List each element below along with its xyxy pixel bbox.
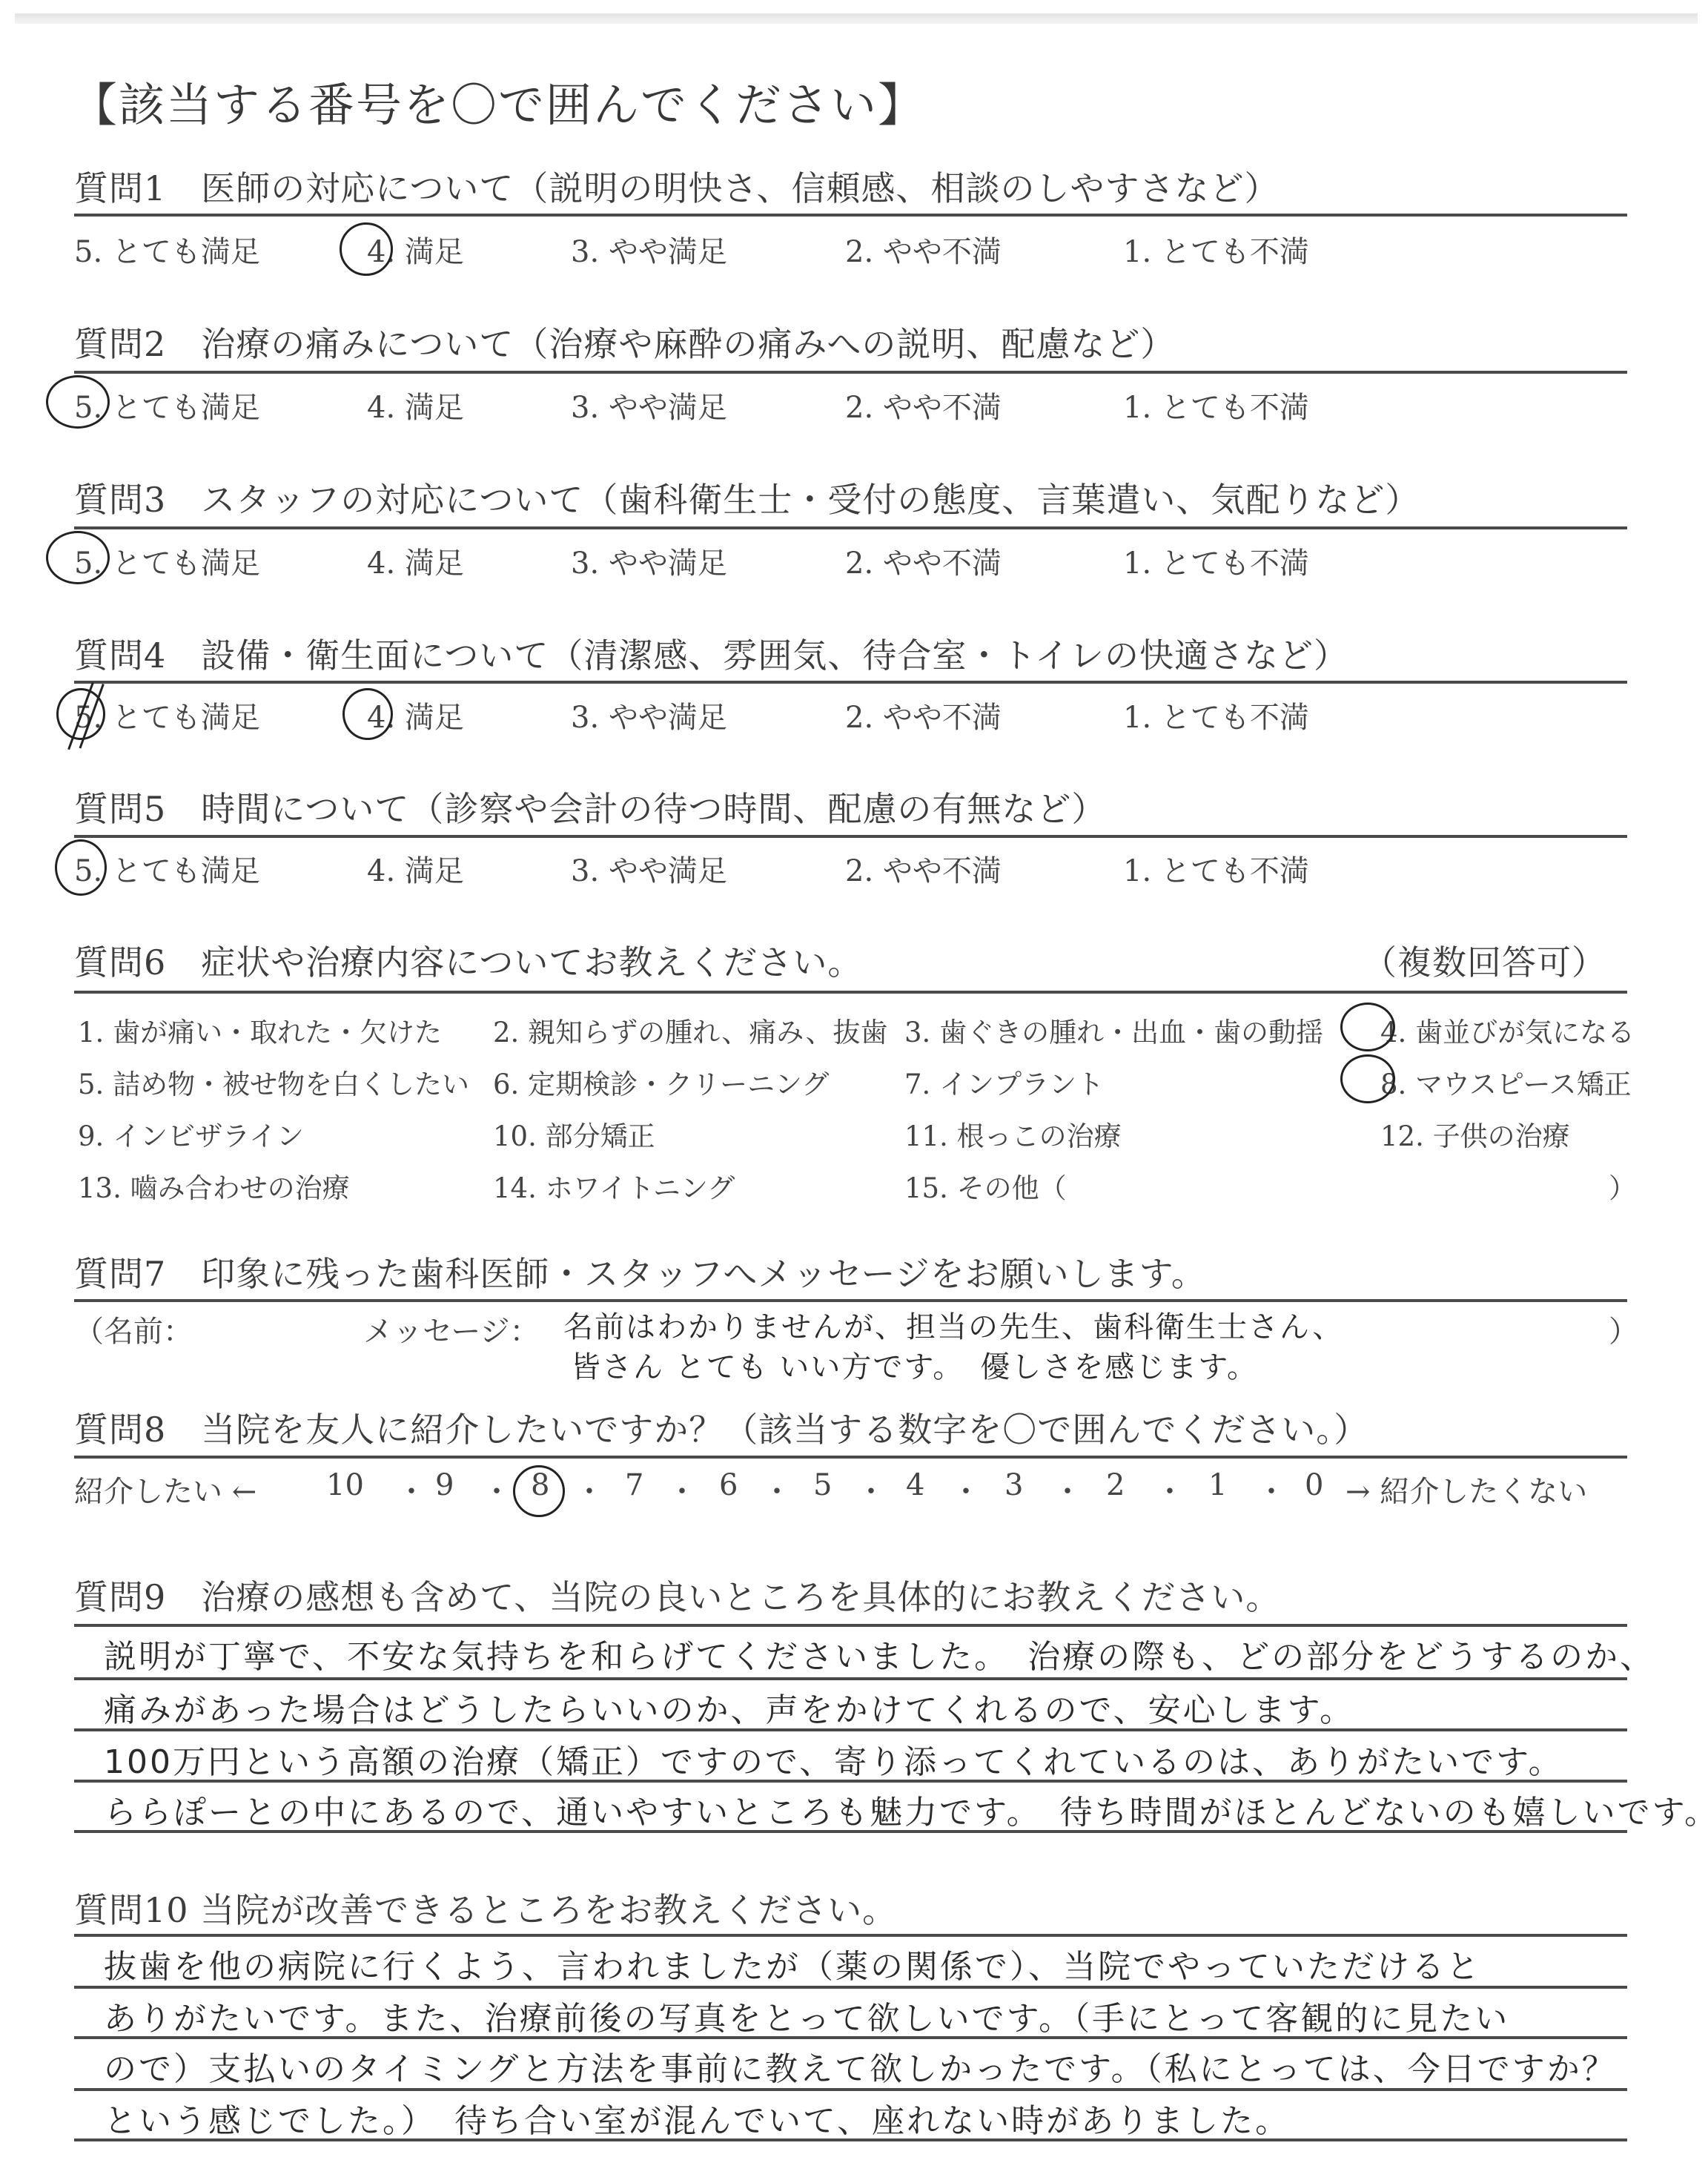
scale-1[interactable]: 1: [1208, 1468, 1227, 1502]
divider: [74, 214, 1627, 217]
divider: [74, 835, 1627, 838]
scan-top-edge: [15, 13, 1698, 24]
scale-4[interactable]: 4: [906, 1468, 924, 1502]
option-3[interactable]: 3. やや満足: [571, 848, 727, 890]
other-close-paren: ）: [1609, 1166, 1636, 1206]
question-title: 質問1 医師の対応について（説明の明快さ、信頼感、相談のしやすさなど）: [74, 162, 1280, 211]
divider: [74, 1456, 1627, 1459]
scale-9[interactable]: 9: [435, 1468, 454, 1502]
answer-handwritten-line-4[interactable]: ららぽーとの中にあるので、通いやすいところも魅力です。 待ち時間がほとんどないの…: [104, 1786, 1708, 1833]
scale-dot: ・: [1257, 1468, 1286, 1510]
scale-dot: ・: [482, 1468, 512, 1510]
selection-circle-mark: [342, 688, 393, 740]
option-2[interactable]: 2. やや不満: [845, 694, 1002, 736]
scale-dot: ・: [856, 1468, 886, 1510]
selection-circle-mark: [340, 222, 393, 276]
message-handwritten-line-2[interactable]: 皆さん とても いい方です。 優しさを感じます。: [571, 1344, 1258, 1386]
divider: [74, 526, 1627, 529]
answer-handwritten-line-1[interactable]: 抜歯を他の病院に行くよう、言われましたが（薬の関係で）、当院でやっていただけると: [104, 1940, 1481, 1987]
question-title: 質問5 時間について（診察や会計の待つ時間、配慮の有無など）: [74, 782, 1106, 831]
scale-6[interactable]: 6: [719, 1468, 738, 1502]
divider: [74, 681, 1627, 684]
symptom-option-6[interactable]: 6. 定期検診・クリーニング: [493, 1062, 829, 1102]
symptom-option-12[interactable]: 12. 子供の治療: [1380, 1114, 1570, 1154]
option-3[interactable]: 3. やや満足: [571, 694, 727, 736]
divider: [74, 1299, 1627, 1302]
option-4[interactable]: 4. 満足: [367, 384, 464, 426]
recommend-left-label: 紹介したい ←: [74, 1468, 256, 1510]
option-1[interactable]: 1. とても不満: [1123, 384, 1309, 426]
option-5[interactable]: 5. とても満足: [74, 228, 260, 271]
option-2[interactable]: 2. やや不満: [845, 384, 1002, 426]
selection-circle-mark: [1340, 1003, 1395, 1051]
symptom-option-9[interactable]: 9. インビザライン: [78, 1114, 304, 1154]
message-label: メッセージ：: [363, 1308, 540, 1350]
writing-line: [74, 1986, 1627, 1989]
scale-0[interactable]: 0: [1305, 1468, 1323, 1502]
selection-circle-mark: [46, 375, 110, 429]
scale-dot: ・: [1053, 1468, 1082, 1510]
symptom-option-8[interactable]: 8. マウスピース矯正: [1380, 1062, 1632, 1102]
answer-handwritten-line-4[interactable]: という感じでした。） 待ち合い室が混んでいて、座れない時がありました。: [104, 2094, 1290, 2141]
symptom-option-7[interactable]: 7. インプラント: [904, 1062, 1104, 1102]
recommend-right-label: → 紹介したくない: [1345, 1468, 1587, 1510]
divider: [74, 991, 1627, 994]
symptom-option-11[interactable]: 11. 根っこの治療: [904, 1114, 1122, 1154]
scale-dot: ・: [762, 1468, 792, 1510]
writing-line: [74, 2088, 1627, 2091]
option-2[interactable]: 2. やや不満: [845, 848, 1002, 890]
symptom-option-14[interactable]: 14. ホワイトニング: [493, 1166, 735, 1206]
scale-10[interactable]: 10: [326, 1468, 364, 1502]
multiple-answers-note: （複数回答可）: [1363, 936, 1606, 985]
question-title: 質問4 設備・衛生面について（清潔感、雰囲気、待合室・トイレの快適さなど）: [74, 629, 1348, 678]
writing-line: [74, 1780, 1627, 1783]
option-1[interactable]: 1. とても不満: [1123, 694, 1309, 736]
selection-circle-mark: [55, 839, 107, 896]
option-3[interactable]: 3. やや満足: [571, 540, 727, 582]
scale-dot: ・: [1155, 1468, 1185, 1510]
scale-dot: ・: [951, 1468, 981, 1510]
question-title: 質問10 当院が改善できるところをお教えください。: [74, 1883, 897, 1932]
writing-line: [74, 1830, 1627, 1833]
name-label: （名前：: [74, 1308, 193, 1350]
symptom-option-3[interactable]: 3. 歯ぐきの腫れ・出血・歯の動揺: [904, 1010, 1323, 1050]
page-title: 【該当する番号を〇で囲んでください】: [71, 68, 925, 134]
answer-handwritten-line-3[interactable]: ので）支払いのタイミングと方法を事前に教えて欲しかったです。（私にとっては、今日…: [104, 2042, 1617, 2090]
writing-line: [74, 1934, 1627, 1937]
message-close-paren: ）: [1609, 1308, 1638, 1350]
scale-5[interactable]: 5: [813, 1468, 832, 1502]
answer-handwritten-line-2[interactable]: ありがたいです。また、治療前後の写真をとって欲しいです。（手にとって客観的に見た…: [104, 1992, 1509, 2039]
question-title: 質問2 治療の痛みについて（治療や麻酔の痛みへの説明、配慮など）: [74, 317, 1175, 366]
option-2[interactable]: 2. やや不満: [845, 228, 1002, 271]
divider: [74, 371, 1627, 374]
answer-handwritten-line-3[interactable]: 100万円という高額の治療（矯正）ですので、寄り添ってくれているのは、ありがたい…: [104, 1735, 1563, 1783]
symptom-option-5[interactable]: 5. 詰め物・被せ物を白くしたい: [78, 1062, 469, 1102]
answer-handwritten-line-1[interactable]: 説明が丁寧で、不安な気持ちを和らげてくださいました。 治療の際も、どの部分をどう…: [104, 1630, 1655, 1677]
option-1[interactable]: 1. とても不満: [1123, 848, 1309, 890]
symptom-option-13[interactable]: 13. 嚙み合わせの治療: [78, 1166, 350, 1206]
answer-handwritten-line-2[interactable]: 痛みがあった場合はどうしたらいいのか、声をかけてくれるので、安心します。: [104, 1683, 1354, 1731]
selection-circle-mark: [1340, 1054, 1395, 1103]
symptom-option-10[interactable]: 10. 部分矯正: [493, 1114, 655, 1154]
question-title: 質問3 スタッフの対応について（歯科衛生士・受付の態度、言葉遣い、気配りなど）: [74, 473, 1420, 522]
option-3[interactable]: 3. やや満足: [571, 228, 727, 271]
question-title: 質問7 印象に残った歯科医師・スタッフへメッセージをお願いします。: [74, 1247, 1206, 1296]
writing-line: [74, 1677, 1627, 1680]
selection-circle-mark: [513, 1465, 565, 1517]
writing-line: [74, 2138, 1627, 2141]
message-handwritten-line-1[interactable]: 名前はわかりませんが、担当の先生、歯科衛生士さん、: [563, 1304, 1343, 1346]
scale-dot: ・: [397, 1468, 426, 1510]
writing-line: [74, 2036, 1627, 2039]
symptom-option-1[interactable]: 1. 歯が痛い・取れた・欠けた: [78, 1010, 442, 1050]
option-3[interactable]: 3. やや満足: [571, 384, 727, 426]
scale-7[interactable]: 7: [625, 1468, 643, 1502]
scale-2[interactable]: 2: [1106, 1468, 1125, 1502]
symptom-option-4[interactable]: 4. 歯並びが気になる: [1380, 1010, 1635, 1050]
symptom-option-15-other[interactable]: 15. その他（: [904, 1166, 1067, 1206]
option-2[interactable]: 2. やや不満: [845, 540, 1002, 582]
writing-line: [74, 1728, 1627, 1731]
option-4[interactable]: 4. 満足: [367, 848, 464, 890]
scale-dot: ・: [575, 1468, 604, 1510]
selection-circle-mark: [46, 531, 110, 584]
symptom-option-2[interactable]: 2. 親知らずの腫れ、痛み、抜歯: [493, 1010, 888, 1050]
question-title: 質問6 症状や治療内容についてお教えください。: [74, 936, 862, 985]
question-title: 質問8 当院を友人に紹介したいですか？（該当する数字を〇で囲んでください。）: [74, 1403, 1368, 1452]
scale-3[interactable]: 3: [1004, 1468, 1023, 1502]
scale-dot: ・: [667, 1468, 697, 1510]
writing-line: [74, 1624, 1627, 1627]
option-1[interactable]: 1. とても不満: [1123, 540, 1309, 582]
question-title: 質問9 治療の感想も含めて、当院の良いところを具体的にお教えください。: [74, 1571, 1280, 1619]
option-1[interactable]: 1. とても不満: [1123, 228, 1309, 271]
option-4[interactable]: 4. 満足: [367, 540, 464, 582]
